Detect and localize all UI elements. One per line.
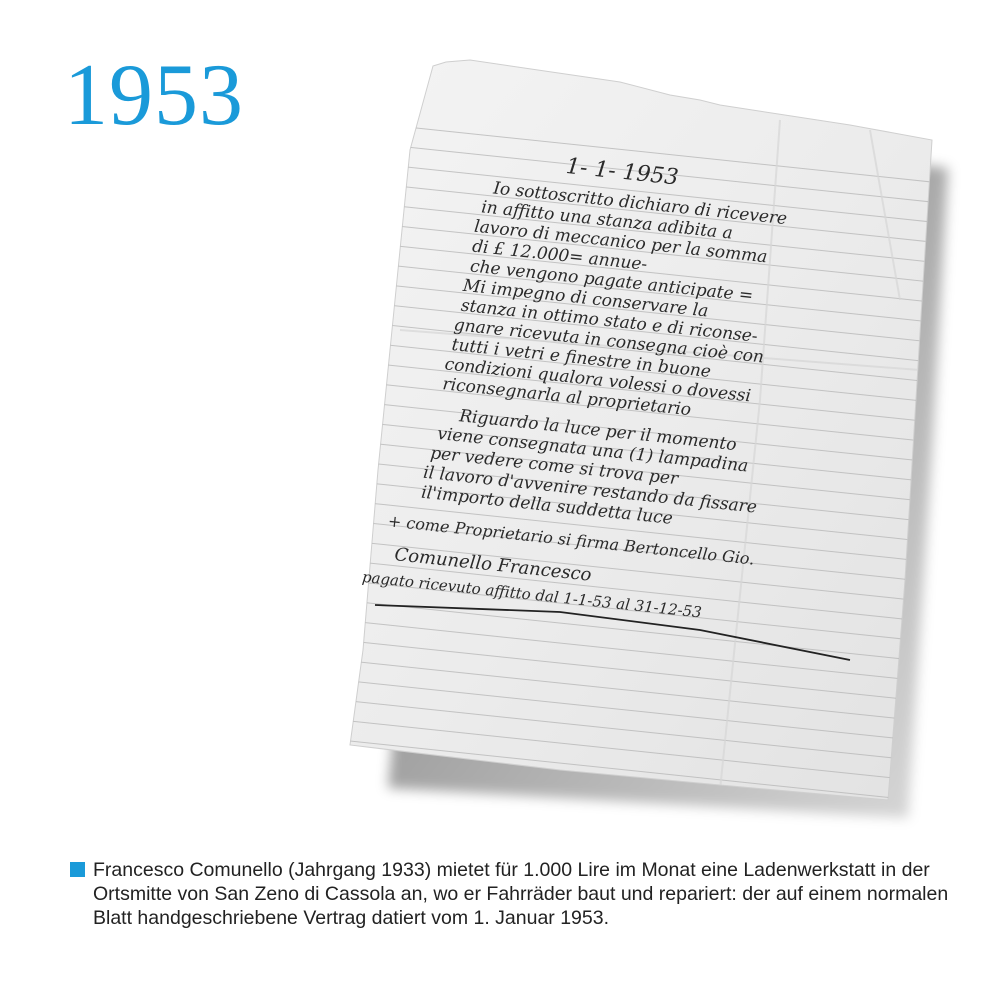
- caption-bullet-square: [70, 862, 85, 877]
- caption: Francesco Comunello (Jahrgang 1933) miet…: [70, 858, 970, 930]
- caption-text: Francesco Comunello (Jahrgang 1933) miet…: [93, 858, 970, 930]
- contract-photo: 1- 1- 1953 Io sottoscritto dichiaro di r…: [0, 0, 1000, 840]
